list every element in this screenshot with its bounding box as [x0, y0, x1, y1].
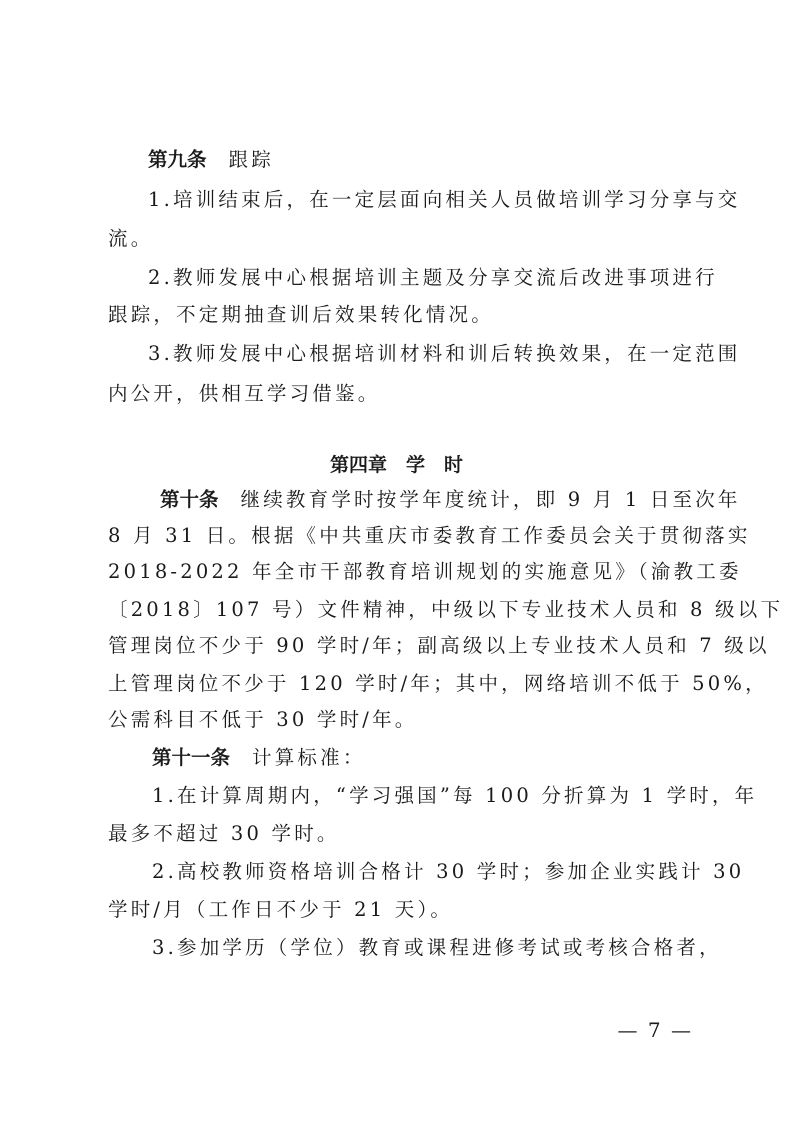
article-9-item-3-line-1: 3.教师发展中心根据培训材料和训后转换效果，在一定范围 [148, 342, 696, 366]
article-11-heading-line: 第十一条计算标准： [152, 746, 700, 770]
chapter-4-title: 第四章 学 时 [0, 453, 793, 477]
article-11-item-2-line-2: 学时/月（工作日不少于 21 天）。 [108, 898, 696, 922]
article-9-item-1-line-1: 1.培训结束后，在一定层面向相关人员做培训学习分享与交 [148, 188, 696, 212]
article-10-line-7: 公需科目不低于 30 学时/年。 [108, 708, 696, 732]
article-9-item-1-line-2: 流。 [108, 227, 696, 251]
article-9-heading: 第九条 [148, 148, 207, 171]
article-10-line-4: 〔2018〕107 号）文件精神，中级以下专业技术人员和 8 级以下 [108, 598, 696, 622]
article-9-item-2-line-1: 2.教师发展中心根据培训主题及分享交流后改进事项进行 [148, 266, 696, 290]
article-11-item-1-line-2: 最多不超过 30 学时。 [108, 822, 696, 846]
article-10-line-6: 上管理岗位不少于 120 学时/年；其中，网络培训不低于 50%， [108, 672, 696, 696]
article-10-line-5: 管理岗位不少于 90 学时/年；副高级以上专业技术人员和 7 级以 [108, 634, 696, 658]
article-11-item-2-line-1: 2.高校教师资格培训合格计 30 学时；参加企业实践计 30 [152, 860, 696, 884]
article-9-item-2-line-2: 跟踪，不定期抽查训后效果转化情况。 [108, 303, 696, 327]
article-10-line-2: 8 月 31 日。根据《中共重庆市委教育工作委员会关于贯彻落实 [108, 524, 696, 548]
article-11-heading: 第十一条 [152, 746, 230, 769]
article-11-item-3-line-1: 3.参加学历（学位）教育或课程进修考试或考核合格者， [152, 936, 696, 960]
page-number: — 7 — [618, 1018, 693, 1042]
article-10-heading: 第十条 [160, 488, 219, 511]
article-9-heading-line: 第九条跟踪 [148, 148, 696, 172]
article-9-item-3-line-2: 内公开，供相互学习借鉴。 [108, 382, 696, 406]
article-11-item-1-line-1: 1.在计算周期内，“学习强国”每 100 分折算为 1 学时，年 [152, 784, 696, 808]
article-10-line-1: 第十条继续教育学时按学年度统计，即 9 月 1 日至次年 [160, 488, 696, 512]
article-10-text-1: 继续教育学时按学年度统计，即 9 月 1 日至次年 [241, 488, 741, 511]
article-9-title: 跟踪 [229, 148, 274, 171]
article-10-line-3: 2018-2022 年全市干部教育培训规划的实施意见》（渝教工委 [108, 560, 696, 584]
article-11-title: 计算标准： [252, 746, 366, 769]
